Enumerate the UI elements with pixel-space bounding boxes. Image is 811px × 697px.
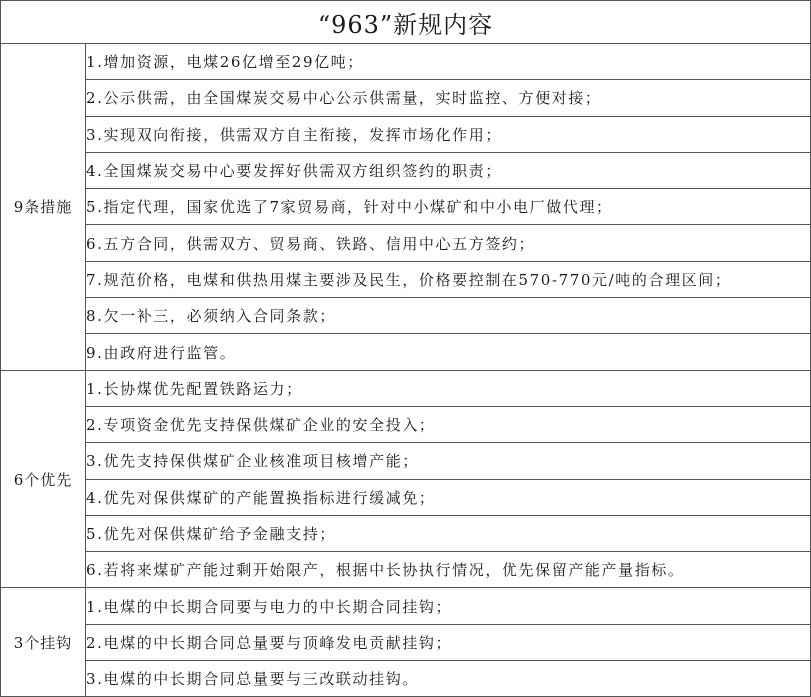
table-row: 2.专项资金优先支持保供煤矿企业的安全投入； [1,406,811,442]
item-cell: 2.电煤的中长期合同总量要与顶峰发电贡献挂钩； [86,624,811,660]
table-row: 2.公示供需，由全国煤炭交易中心公示供需量，实时监控、方便对接； [1,80,811,116]
item-cell: 5.指定代理，国家优选了7家贸易商，针对中小煤矿和中小电厂做代理； [86,189,811,225]
policy-document: “963”新规内容 9条措施1.增加资源，电煤26亿增至29亿吨；2.公示供需，… [0,0,811,697]
table-title: “963”新规内容 [1,1,811,44]
table-row: 6.五方合同，供需双方、贸易商、铁路、信用中心五方签约； [1,225,811,261]
table-row: 3.电煤的中长期合同总量要与三改联动挂钩。 [1,661,811,697]
policy-table: “963”新规内容 9条措施1.增加资源，电煤26亿增至29亿吨；2.公示供需，… [0,0,811,697]
category-cell: 6个优先 [1,370,86,588]
category-cell: 9条措施 [1,44,86,371]
item-cell: 1.增加资源，电煤26亿增至29亿吨； [86,44,811,80]
category-cell: 3个挂钩 [1,588,86,697]
item-cell: 9.由政府进行监管。 [86,334,811,370]
table-row: 7.规范价格，电煤和供热用煤主要涉及民生，价格要控制在570-770元/吨的合理… [1,261,811,297]
table-row: 3.实现双向衔接，供需双方自主衔接，发挥市场化作用； [1,116,811,152]
item-cell: 4.全国煤炭交易中心要发挥好供需双方组织签约的职责； [86,152,811,188]
table-row: 4.优先对保供煤矿的产能置换指标进行缓减免； [1,479,811,515]
item-cell: 5.优先对保供煤矿给予金融支持； [86,515,811,551]
table-row: 5.指定代理，国家优选了7家贸易商，针对中小煤矿和中小电厂做代理； [1,189,811,225]
table-body: 9条措施1.增加资源，电煤26亿增至29亿吨；2.公示供需，由全国煤炭交易中心公… [1,44,811,697]
table-row: 3.优先支持保供煤矿企业核准项目核增产能； [1,443,811,479]
item-cell: 1.长协煤优先配置铁路运力； [86,370,811,406]
table-row: 2.电煤的中长期合同总量要与顶峰发电贡献挂钩； [1,624,811,660]
item-cell: 2.专项资金优先支持保供煤矿企业的安全投入； [86,406,811,442]
item-cell: 6.五方合同，供需双方、贸易商、铁路、信用中心五方签约； [86,225,811,261]
item-cell: 3.优先支持保供煤矿企业核准项目核增产能； [86,443,811,479]
table-row: 4.全国煤炭交易中心要发挥好供需双方组织签约的职责； [1,152,811,188]
item-cell: 1.电煤的中长期合同要与电力的中长期合同挂钩； [86,588,811,624]
table-row: 5.优先对保供煤矿给予金融支持； [1,515,811,551]
item-cell: 2.公示供需，由全国煤炭交易中心公示供需量，实时监控、方便对接； [86,80,811,116]
table-row: 3个挂钩1.电煤的中长期合同要与电力的中长期合同挂钩； [1,588,811,624]
title-row: “963”新规内容 [1,1,811,44]
table-row: 6个优先1.长协煤优先配置铁路运力； [1,370,811,406]
item-cell: 8.欠一补三，必须纳入合同条款； [86,298,811,334]
table-row: 8.欠一补三，必须纳入合同条款； [1,298,811,334]
table-row: 6.若将来煤矿产能过剩开始限产，根据中长协执行情况，优先保留产能产量指标。 [1,552,811,588]
item-cell: 3.电煤的中长期合同总量要与三改联动挂钩。 [86,661,811,697]
item-cell: 3.实现双向衔接，供需双方自主衔接，发挥市场化作用； [86,116,811,152]
item-cell: 6.若将来煤矿产能过剩开始限产，根据中长协执行情况，优先保留产能产量指标。 [86,552,811,588]
item-cell: 4.优先对保供煤矿的产能置换指标进行缓减免； [86,479,811,515]
table-row: 9条措施1.增加资源，电煤26亿增至29亿吨； [1,44,811,80]
item-cell: 7.规范价格，电煤和供热用煤主要涉及民生，价格要控制在570-770元/吨的合理… [86,261,811,297]
table-row: 9.由政府进行监管。 [1,334,811,370]
